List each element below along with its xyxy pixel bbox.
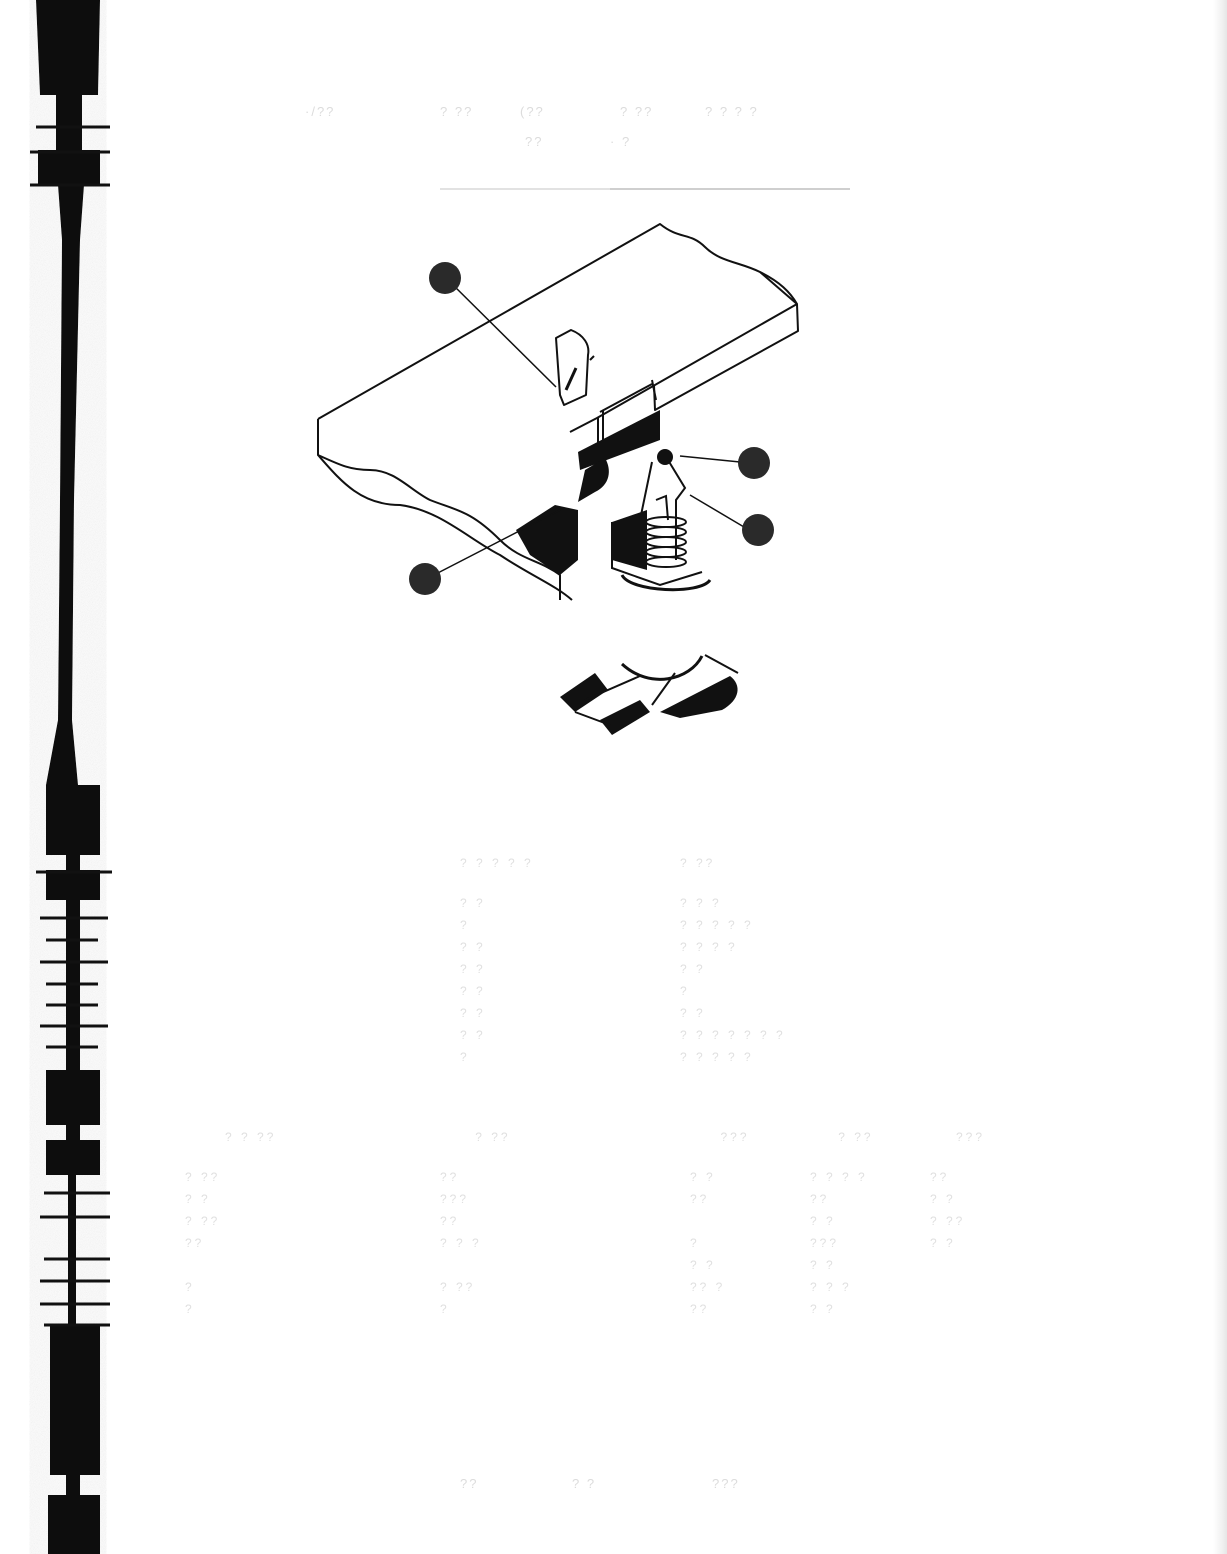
table-row: ?? ? ? ? ? <box>460 914 860 936</box>
header-text: ? ?? <box>620 104 653 119</box>
footer-text: ?? <box>460 1476 478 1491</box>
header-rule <box>610 188 710 190</box>
header-text: ? ? ? ? <box>705 104 759 119</box>
spec-table-header: ? ? ?? ? ?? ??? ? ?? ??? <box>185 1126 985 1148</box>
header-text: ? ?? <box>440 104 473 119</box>
callout-2 <box>738 447 770 479</box>
table-row: ? ?? ? ? ? <box>460 936 860 958</box>
table-row: ? ?? ? ? <box>460 892 860 914</box>
header-rule <box>700 188 850 190</box>
header-text: (?? <box>520 104 545 119</box>
binding-edge <box>0 0 120 1554</box>
slab-top <box>318 224 797 432</box>
footer-text: ??? <box>712 1476 740 1491</box>
header-rule <box>440 188 530 190</box>
table-row: ??? ? ?????? ? <box>185 1232 985 1254</box>
table-row: ? ?? ? <box>460 958 860 980</box>
exploded-diagram <box>300 210 820 750</box>
parts-list: ? ? ? ? ? ? ?? ? ?? ? ? ?? ? ? ? ? ? ?? … <box>460 852 860 1068</box>
page-right-edge <box>1213 0 1227 1554</box>
table-row: ? ?? ? ? ? ? ? ? <box>460 1024 860 1046</box>
bracket <box>516 505 578 575</box>
table-row: ????? ? <box>185 1298 985 1320</box>
callout-1 <box>429 262 461 294</box>
table-row: ? ?? <box>460 980 860 1002</box>
footer-text: ? ? <box>572 1476 596 1491</box>
table-row: ? ????? ?? ? ? ??? <box>185 1166 985 1188</box>
table-row: ? ?? ? <box>185 1254 985 1276</box>
parts-list-header: ? ? ? ? ? ? ?? <box>460 852 860 874</box>
spec-table: ? ? ?? ? ?? ??? ? ?? ??? ? ????? ?? ? ? … <box>185 1126 985 1320</box>
callout-4 <box>409 563 441 595</box>
lower-bracket-part <box>560 655 738 735</box>
spring-clip <box>556 330 588 405</box>
table-row: ?? ? ? ? ? <box>460 1046 860 1068</box>
header-text: ·/?? <box>305 104 335 119</box>
header-text: · ? <box>610 134 631 149</box>
table-row: ?? ???? ?? ? ? <box>185 1276 985 1298</box>
table-row: ? ?? ? <box>460 1002 860 1024</box>
table-row: ? ????? ?? ?? <box>185 1210 985 1232</box>
header-text: ?? <box>525 134 543 149</box>
table-row: ? ????????? ? <box>185 1188 985 1210</box>
callout-3 <box>742 514 774 546</box>
